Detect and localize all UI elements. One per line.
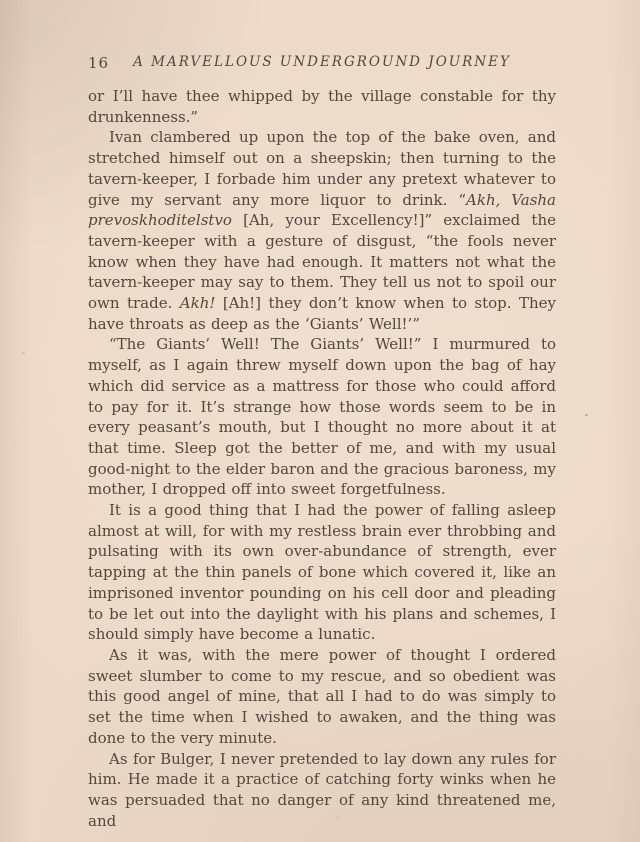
text-run: or I’ll have thee whipped by the village… — [88, 87, 556, 126]
text-run: As it was, with the mere power of though… — [88, 646, 556, 747]
paragraph: As for Bulger, I never pretended to lay … — [88, 749, 556, 832]
paragraph: “The Giants’ Well! The Giants’ Well!” I … — [88, 334, 556, 500]
text-block: or I’ll have thee whipped by the village… — [88, 86, 556, 831]
running-head: 16 A MARVELLOUS UNDERGROUND JOURNEY — [88, 54, 556, 74]
book-page: 16 A MARVELLOUS UNDERGROUND JOURNEY or I… — [0, 0, 640, 842]
paragraph: As it was, with the mere power of though… — [88, 645, 556, 749]
running-title: A MARVELLOUS UNDERGROUND JOURNEY — [88, 54, 556, 70]
italic-text-run: Akh! — [180, 294, 216, 312]
paragraph: Ivan clambered up upon the top of the ba… — [88, 127, 556, 334]
text-run: “The Giants’ Well! The Giants’ Well!” I … — [88, 335, 556, 498]
page-number: 16 — [88, 54, 109, 72]
paragraph: or I’ll have thee whipped by the village… — [88, 86, 556, 127]
paragraph: It is a good thing that I had the power … — [88, 500, 556, 645]
paper-speck — [585, 414, 588, 416]
text-run: It is a good thing that I had the power … — [88, 501, 556, 643]
text-run: As for Bulger, I never pretended to lay … — [88, 750, 556, 830]
paper-speck — [22, 352, 25, 354]
